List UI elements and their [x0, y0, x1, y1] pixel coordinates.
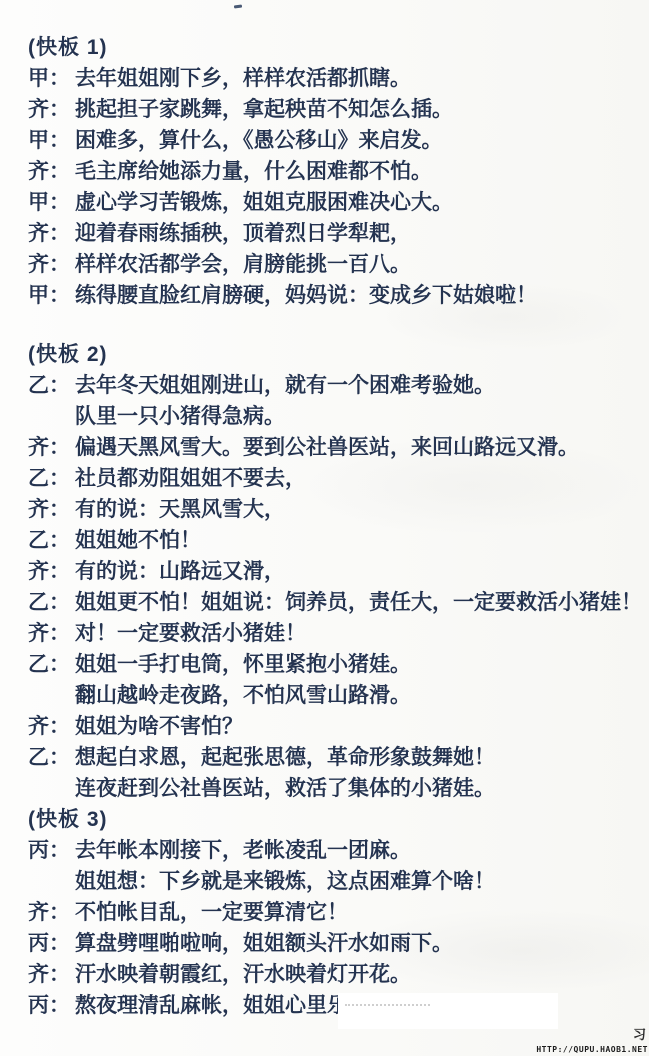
script-line: 齐： 姐姐为啥不害怕？: [28, 711, 643, 742]
script-line: 齐： 有的说：山路远又滑，: [28, 556, 643, 587]
speaker-label: 齐：: [28, 94, 75, 125]
line-text: 熬夜理清乱麻帐，姐姐心里乐: [75, 990, 348, 1021]
speaker-label: 乙：: [28, 463, 75, 494]
line-text: 社员都劝阻姐姐不要去，: [75, 463, 306, 494]
section-lines: 甲： 去年姐姐刚下乡，样样农活都抓瞎。 齐： 挑起担子家跳舞，拿起秧苗不知怎么插…: [28, 63, 643, 311]
line-text: 对！一定要救活小猪娃！: [75, 618, 306, 649]
script-line: 连夜赶到公社兽医站，救活了集体的小猪娃。: [28, 773, 643, 804]
speaker-label: 乙：: [28, 649, 75, 680]
script-line: 丙： 算盘劈哩啪啦响，姐姐额头汗水如雨下。: [28, 928, 643, 959]
speaker-label: 甲：: [28, 125, 75, 156]
script-line: 甲： 虚心学习苦锻炼，姐姐克服困难决心大。: [28, 187, 643, 218]
speaker-label: 乙：: [28, 525, 75, 556]
speaker-label: 齐：: [28, 249, 75, 280]
script-line: 齐： 有的说：天黑风雪大，: [28, 494, 643, 525]
speaker-label: 齐：: [28, 711, 75, 742]
line-text: 姐姐她不怕！: [75, 525, 201, 556]
line-text: 算盘劈哩啪啦响，姐姐额头汗水如雨下。: [75, 928, 453, 959]
script-line: 齐： 迎着春雨练插秧，顶着烈日学犁耙，: [28, 218, 643, 249]
line-text: 挑起担子家跳舞，拿起秧苗不知怎么插。: [75, 94, 453, 125]
line-text: 有的说：天黑风雪大，: [75, 494, 285, 525]
line-text: 去年帐本刚接下，老帐凌乱一团麻。: [75, 835, 411, 866]
speaker-label: 齐：: [28, 218, 75, 249]
script-line: 丙： 去年帐本刚接下，老帐凌乱一团麻。: [28, 835, 643, 866]
script-line: 齐： 样样农活都学会，肩膀能挑一百八。: [28, 249, 643, 280]
script-line: 乙： 姐姐更不怕！姐姐说：饲养员，责任大，一定要救活小猪娃！: [28, 587, 643, 618]
script-line: 姐姐想：下乡就是来锻炼，这点困难算个啥！: [28, 866, 643, 897]
section-lines: 乙： 去年冬天姐姐刚进山，就有一个困难考验她。 队里一只小猪得急病。 齐： 偏遇…: [28, 370, 643, 804]
speaker-label: 齐：: [28, 897, 75, 928]
line-text: 不怕帐目乱，一定要算清它！: [75, 897, 348, 928]
speaker-label: 甲：: [28, 187, 75, 218]
line-text: 姐姐一手打电筒，怀里紧抱小猪娃。: [75, 649, 411, 680]
speaker-label: 乙：: [28, 742, 75, 773]
line-text: 毛主席给她添力量，什么困难都不怕。: [75, 156, 432, 187]
speaker-label: 齐：: [28, 959, 75, 990]
script-line: 齐： 对！一定要救活小猪娃！: [28, 618, 643, 649]
speaker-label: 齐：: [28, 556, 75, 587]
line-text: 连夜赶到公社兽医站，救活了集体的小猪娃。: [75, 773, 495, 804]
script-line: 乙： 姐姐一手打电筒，怀里紧抱小猪娃。: [28, 649, 643, 680]
script-line: 翻山越岭走夜路，不怕风雪山路滑。: [28, 680, 643, 711]
line-text: 样样农活都学会，肩膀能挑一百八。: [75, 249, 411, 280]
script-line: 队里一只小猪得急病。: [28, 401, 643, 432]
speaker-label: [28, 773, 75, 804]
section-header: (快板 2): [28, 339, 643, 370]
line-text: 想起白求恩，起起张思德，革命形象鼓舞她！: [75, 742, 495, 773]
section-header: (快板 3): [28, 804, 643, 835]
speaker-label: 丙：: [28, 990, 75, 1021]
line-text: 姐姐想：下乡就是来锻炼，这点困难算个啥！: [75, 866, 495, 897]
speaker-label: 齐：: [28, 432, 75, 463]
speaker-label: 丙：: [28, 835, 75, 866]
script-text: (快板 1) 甲： 去年姐姐刚下乡，样样农活都抓瞎。 齐： 挑起担子家跳舞，拿起…: [28, 32, 643, 1021]
script-line: 甲： 练得腰直脸红肩膀硬，妈妈说：变成乡下姑娘啦！: [28, 280, 643, 311]
script-line: 齐： 毛主席给她添力量，什么困难都不怕。: [28, 156, 643, 187]
section-header: (快板 1): [28, 32, 643, 63]
line-text: 队里一只小猪得急病。: [75, 401, 285, 432]
speaker-label: 丙：: [28, 928, 75, 959]
line-text: 有的说：山路远又滑，: [75, 556, 285, 587]
scan-speck: [234, 4, 242, 8]
speaker-label: 乙：: [28, 370, 75, 401]
speaker-label: 甲：: [28, 280, 75, 311]
script-line: 甲： 去年姐姐刚下乡，样样农活都抓瞎。: [28, 63, 643, 94]
document-page: (快板 1) 甲： 去年姐姐刚下乡，样样农活都抓瞎。 齐： 挑起担子家跳舞，拿起…: [0, 0, 649, 1056]
line-text: 偏遇天黑风雪大。要到公社兽医站，来回山路远又滑。: [75, 432, 579, 463]
kuaiban-section: (快板 2) 乙： 去年冬天姐姐刚进山，就有一个困难考验她。 队里一只小猪得急病…: [28, 339, 643, 804]
line-text: 去年冬天姐姐刚进山，就有一个困难考验她。: [75, 370, 495, 401]
kuaiban-section: (快板 3) 丙： 去年帐本刚接下，老帐凌乱一团麻。 姐姐想：下乡就是来锻炼，这…: [28, 804, 643, 1021]
script-line: 齐： 汗水映着朝霞红，汗水映着灯开花。: [28, 959, 643, 990]
scan-whiteout: [338, 993, 558, 1029]
line-text: 汗水映着朝霞红，汗水映着灯开花。: [75, 959, 411, 990]
speaker-label: [28, 866, 75, 897]
line-text: 练得腰直脸红肩膀硬，妈妈说：变成乡下姑娘啦！: [75, 280, 537, 311]
speaker-label: 乙：: [28, 587, 75, 618]
line-text: 姐姐为啥不害怕？: [75, 711, 243, 742]
line-text: 去年姐姐刚下乡，样样农活都抓瞎。: [75, 63, 411, 94]
speaker-label: 齐：: [28, 618, 75, 649]
speaker-label: 齐：: [28, 156, 75, 187]
script-line: 乙： 想起白求恩，起起张思德，革命形象鼓舞她！: [28, 742, 643, 773]
speaker-label: 齐：: [28, 494, 75, 525]
script-line: 乙： 去年冬天姐姐刚进山，就有一个困难考验她。: [28, 370, 643, 401]
script-line: 齐： 偏遇天黑风雪大。要到公社兽医站，来回山路远又滑。: [28, 432, 643, 463]
scan-smudge: [345, 1004, 430, 1006]
line-text: 迎着春雨练插秧，顶着烈日学犁耙，: [75, 218, 411, 249]
script-line: 齐： 不怕帐目乱，一定要算清它！: [28, 897, 643, 928]
speaker-label: 甲：: [28, 63, 75, 94]
script-line: 齐： 挑起担子家跳舞，拿起秧苗不知怎么插。: [28, 94, 643, 125]
line-text: 虚心学习苦锻炼，姐姐克服困难决心大。: [75, 187, 453, 218]
script-line: 甲： 困难多，算什么，《愚公移山》来启发。: [28, 125, 643, 156]
line-text: 困难多，算什么，《愚公移山》来启发。: [75, 125, 443, 156]
watermark-url: HTTP://QUPU.HAOB1.NET: [536, 1045, 648, 1054]
kuaiban-section: (快板 1) 甲： 去年姐姐刚下乡，样样农活都抓瞎。 齐： 挑起担子家跳舞，拿起…: [28, 32, 643, 311]
script-line: 乙： 姐姐她不怕！: [28, 525, 643, 556]
line-text: 翻山越岭走夜路，不怕风雪山路滑。: [75, 680, 411, 711]
line-text: 姐姐更不怕！姐姐说：饲养员，责任大，一定要救活小猪娃！: [75, 587, 642, 618]
script-line: 乙： 社员都劝阻姐姐不要去，: [28, 463, 643, 494]
speaker-label: [28, 680, 75, 711]
watermark-partial-character: 习: [633, 1024, 646, 1043]
speaker-label: [28, 401, 75, 432]
